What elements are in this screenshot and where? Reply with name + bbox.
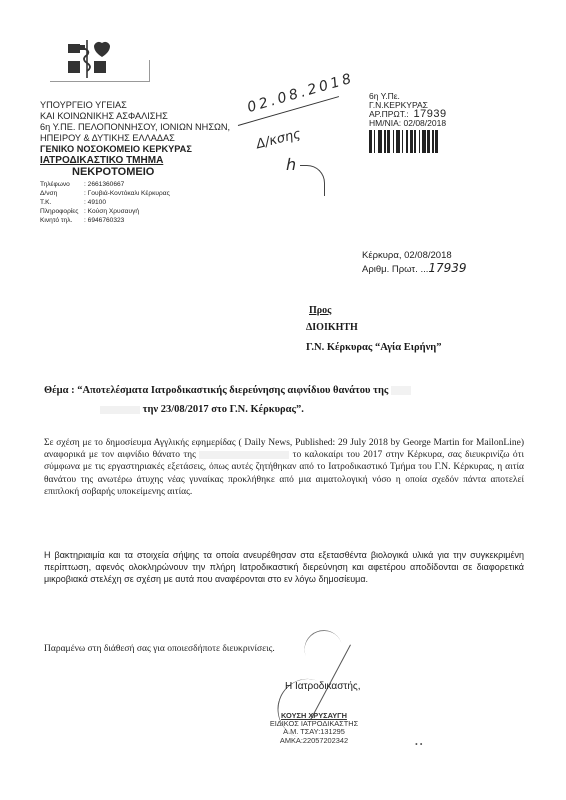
barcode-icon (369, 130, 481, 153)
scan-speck: • • (415, 740, 423, 749)
contact-address: Δ/νση: Γουβιά-Κοντόκαλι Κέρκυρας (40, 189, 230, 198)
contact-phone: Τηλέφωνο: 2661360667 (40, 180, 230, 189)
contact-info-person: Πληροφορίες: Κούση Χρυσαυγή (40, 207, 230, 216)
letterhead-line: ΥΠΟΥΡΓΕΙΟ ΥΓΕΙΑΣ (40, 100, 230, 111)
unit-name: ΝΕΚΡΟΤΟΜΕΙΟ (40, 167, 230, 178)
department-name: ΙΑΤΡΟΔΙΚΑΣΤΙΚΟ ΤΜΗΜΑ (40, 155, 230, 166)
contact-mobile: Κινητό τηλ.: 6946760323 (40, 216, 230, 225)
body-paragraph-2: Η βακτηριαιμία και τα στοιχεία σήψης τα … (44, 549, 524, 586)
stamp-date: ΗΜ/ΝΙΑ: 02/08/2018 (369, 119, 447, 128)
letterhead-line: ΗΠΕΙΡΟΥ & ΔΥΤΙΚΗΣ ΕΛΛΑΔΑΣ (40, 133, 230, 144)
letterhead-line: ΚΑΙ ΚΟΙΝΩΝΙΚΗΣ ΑΣΦΑΛΙΣΗΣ (40, 111, 230, 122)
hospital-name: ΓΕΝΙΚΟ ΝΟΣΟΚΟΜΕΙΟ ΚΕΡΚΥΡΑΣ (40, 144, 230, 155)
signature-stamp: ΚΟΥΣΗ ΧΡΥΣΑΥΓΗ ΕΙΔΙΚΟΣ ΙΑΤΡΟΔΙΚΑΣΤΗΣ Α.Μ… (258, 712, 370, 745)
place-date: Κέρκυρα, 02/08/2018 Αριθμ. Πρωτ. ...1793… (362, 250, 467, 276)
body-paragraph-1: Σε σχέση με το δημοσίευμα Αγγλικής εφημε… (44, 437, 524, 498)
hospital-logo-icon (66, 38, 114, 80)
protocol-line: Αριθμ. Πρωτ. ...17939 (362, 262, 467, 276)
signature-title: Η Ιατροδικαστής, (285, 681, 361, 692)
subject-line-1: Θέμα : “Αποτελέσματα Ιατροδικαστικής διε… (44, 381, 524, 400)
signature-stroke (299, 625, 349, 677)
recipient-role: ΔΙΟΙΚΗΤΗ (306, 322, 358, 333)
handwritten-stroke (300, 165, 325, 196)
contact-postcode: Τ.Κ.: 49100 (40, 198, 230, 207)
recipient-label: Προς (309, 305, 331, 316)
subject: Θέμα : “Αποτελέσματα Ιατροδικαστικής διε… (44, 381, 524, 419)
handwritten-initials: ℎ (286, 155, 296, 174)
registry-stamp: 6η Υ.Πε. Γ.Ν.ΚΕΡΚΥΡΑΣ ΑΡ.ΠΡΩΤ.: 17939 ΗΜ… (369, 92, 447, 128)
redacted-name (100, 406, 140, 414)
handwritten-reference: Δ/κσης (255, 127, 302, 152)
redacted-name (199, 451, 289, 459)
contact-info: Τηλέφωνο: 2661360667 Δ/νση: Γουβιά-Κοντό… (40, 180, 230, 225)
logo-divider-vertical (149, 60, 150, 81)
redacted-name (391, 386, 411, 395)
signatory-amka: ΑΜΚΑ:22057202342 (258, 737, 370, 745)
logo-divider (50, 80, 150, 82)
handwritten-date: 02.08.2018 (246, 70, 356, 116)
letterhead: ΥΠΟΥΡΓΕΙΟ ΥΓΕΙΑΣ ΚΑΙ ΚΟΙΝΩΝΙΚΗΣ ΑΣΦΑΛΙΣΗ… (40, 100, 230, 225)
letterhead-line: 6η Υ.ΠΕ. ΠΕΛΟΠΟΝΝΗΣΟΥ, ΙΟΝΙΩΝ ΝΗΣΩΝ, (40, 122, 230, 133)
subject-line-2: την 23/08/2017 στο Γ.Ν. Κέρκυρας”. (44, 400, 524, 419)
body-paragraph-3: Παραμένω στη διάθεσή σας για οποιεσδήποτ… (44, 643, 524, 655)
recipient-organization: Γ.Ν. Κέρκυρας “Αγία Ειρήνη” (306, 342, 442, 353)
